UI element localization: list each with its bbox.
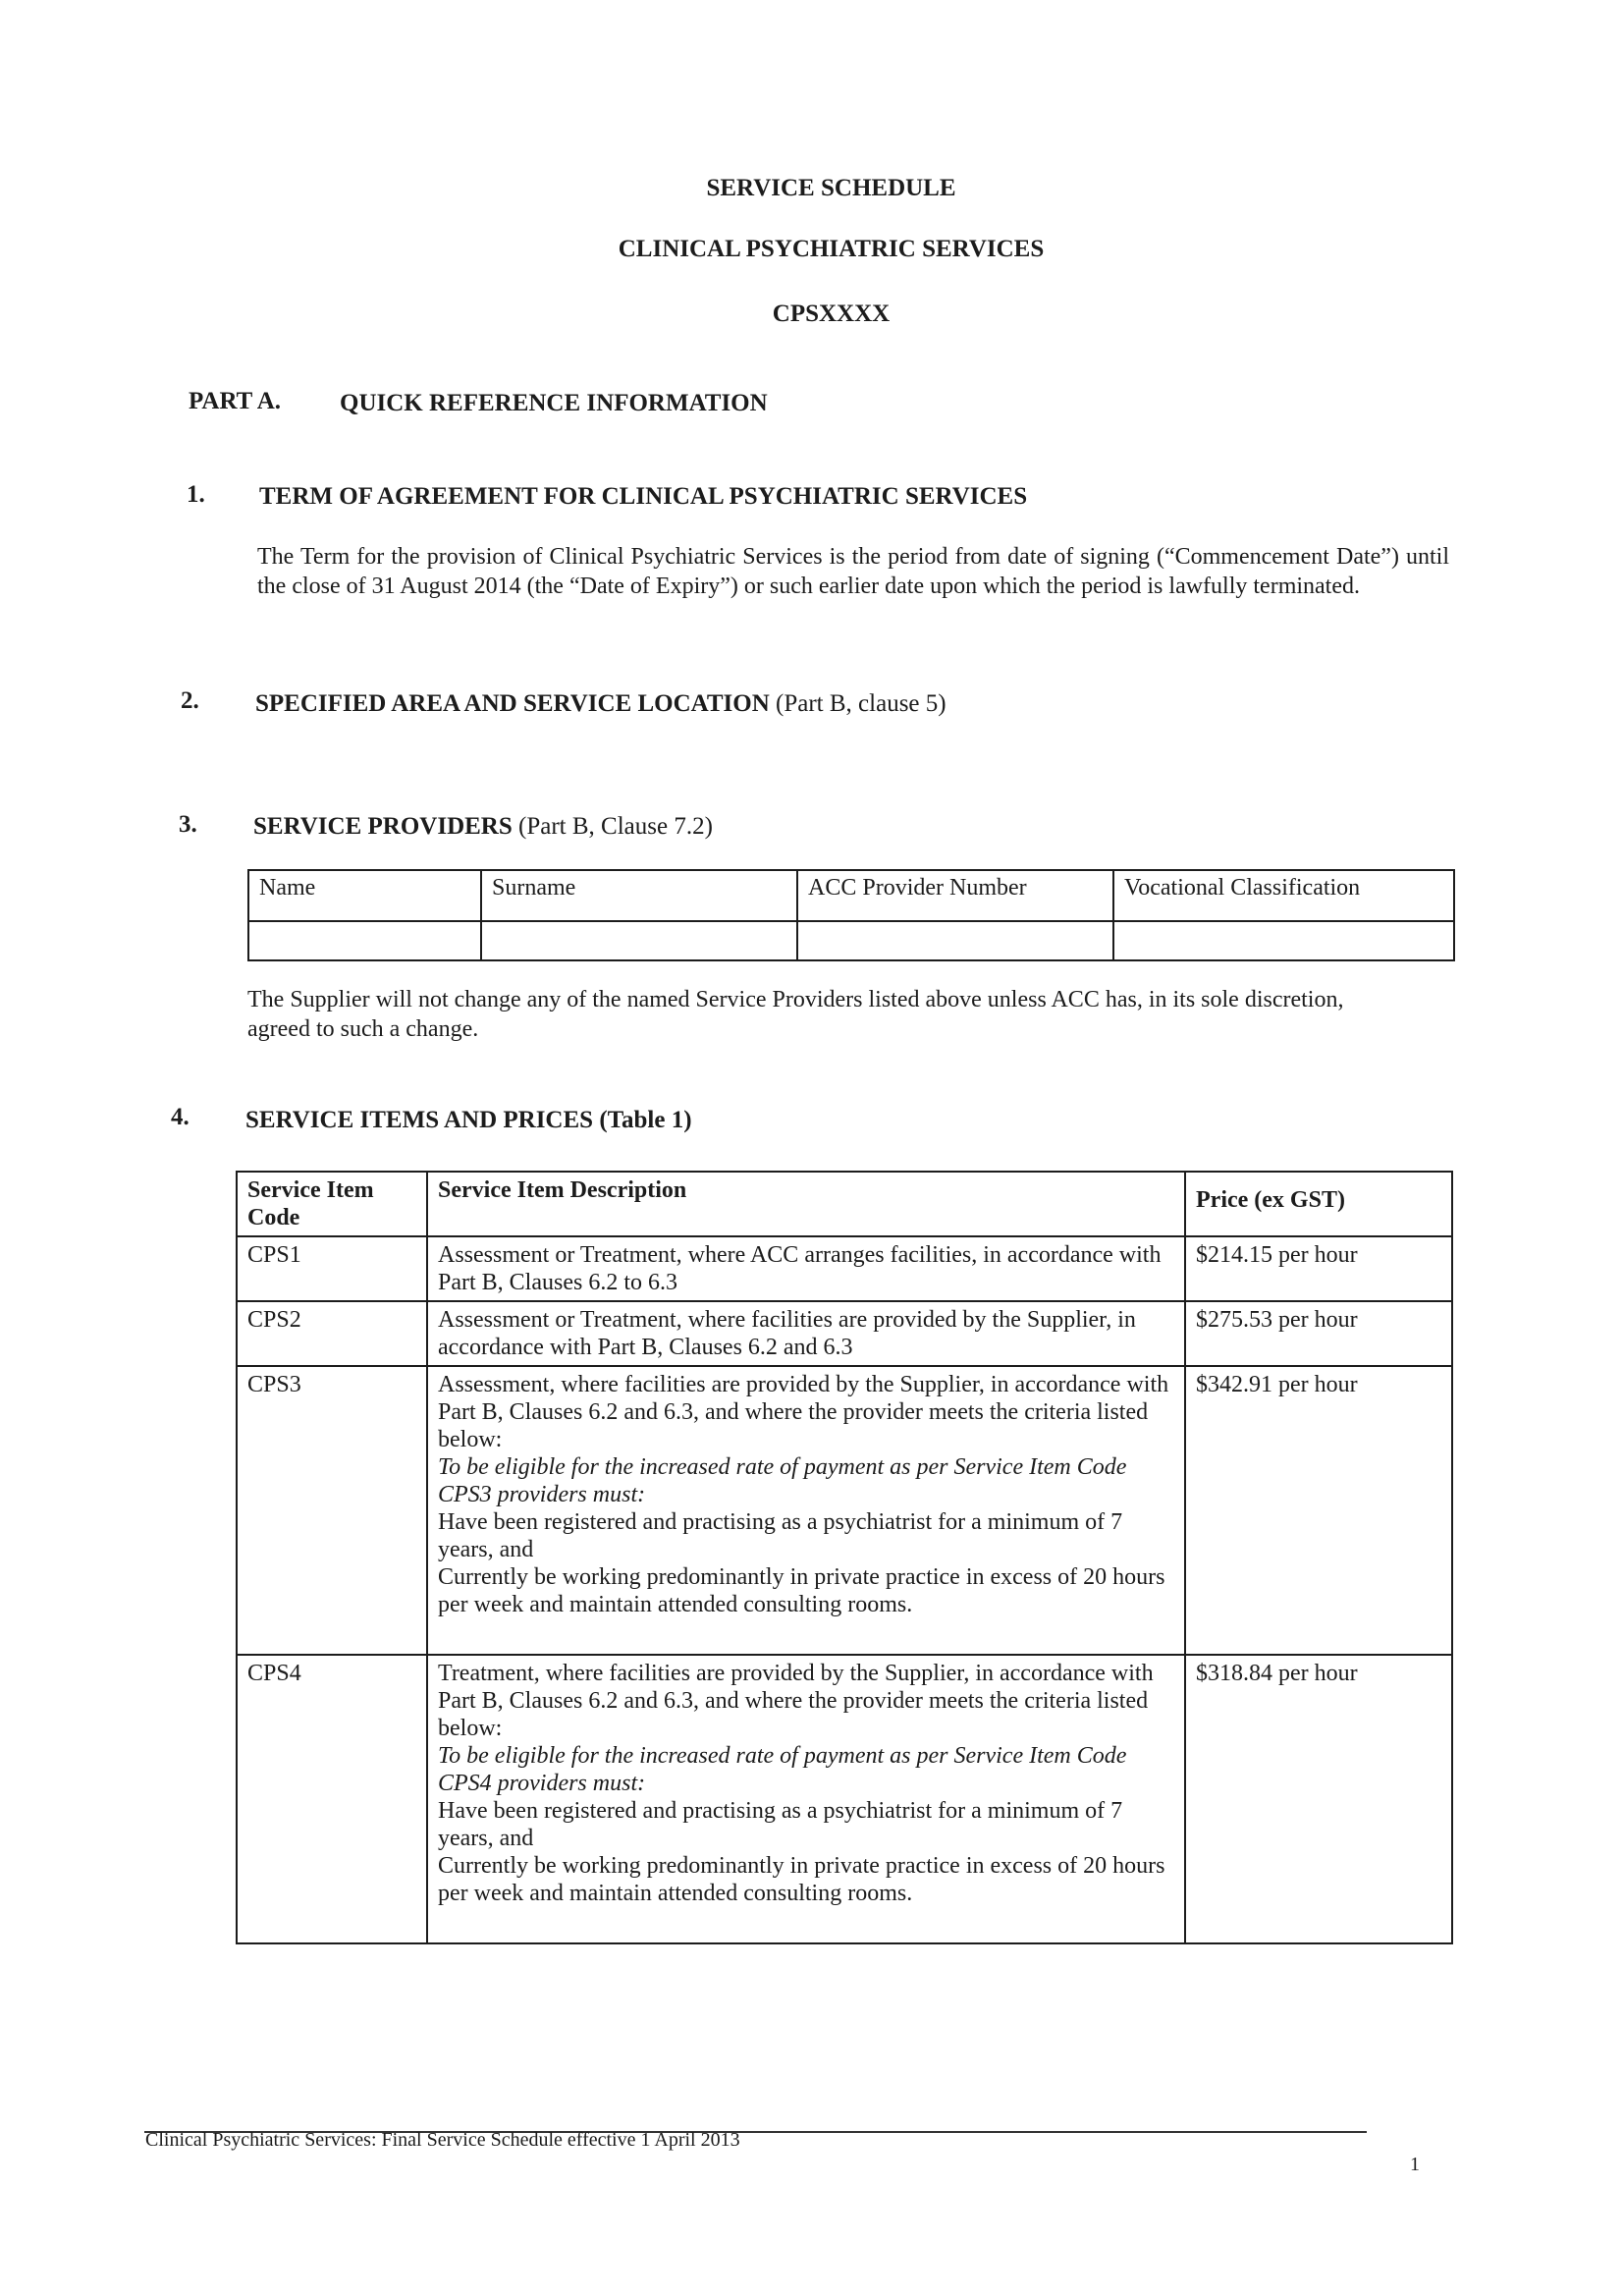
description-line: Assessment or Treatment, where facilitie…: [438, 1306, 1174, 1361]
description-line: Treatment, where facilities are provided…: [438, 1660, 1174, 1742]
document-subtitle: CLINICAL PSYCHIATRIC SERVICES: [0, 236, 1623, 263]
criteria-line: Currently be working predominantly in pr…: [438, 1852, 1174, 1907]
service-price: $318.84 per hour: [1185, 1655, 1452, 1943]
service-price: $275.53 per hour: [1185, 1301, 1452, 1366]
description-line: Assessment, where facilities are provide…: [438, 1371, 1174, 1453]
eligibility-intro: To be eligible for the increased rate of…: [438, 1453, 1174, 1508]
service-code: CPS2: [237, 1301, 427, 1366]
prices-header-price: Price (ex GST): [1185, 1172, 1452, 1236]
part-label: PART A.: [189, 388, 281, 415]
section-3-body: The Supplier will not change any of the …: [247, 985, 1406, 1044]
provider-acc-number-cell[interactable]: [797, 921, 1113, 960]
providers-header-surname: Surname: [481, 870, 797, 921]
providers-header-acc-number: ACC Provider Number: [797, 870, 1113, 921]
service-description: Treatment, where facilities are provided…: [427, 1655, 1185, 1943]
section-3-number: 3.: [179, 811, 197, 839]
section-1-number: 1.: [187, 481, 205, 509]
section-4-number: 4.: [171, 1104, 189, 1131]
service-description: Assessment or Treatment, where ACC arran…: [427, 1236, 1185, 1301]
criteria-line: Have been registered and practising as a…: [438, 1508, 1174, 1563]
section-2-heading: SPECIFIED AREA AND SERVICE LOCATION (Par…: [255, 690, 947, 718]
service-code: CPS3: [237, 1366, 427, 1655]
prices-header-row: Service Item Code Service Item Descripti…: [237, 1172, 1452, 1236]
prices-header-description: Service Item Description: [427, 1172, 1185, 1236]
provider-surname-cell[interactable]: [481, 921, 797, 960]
section-2-title: SPECIFIED AREA AND SERVICE LOCATION: [255, 690, 770, 717]
document-title: SERVICE SCHEDULE: [0, 175, 1623, 202]
provider-vocational-cell[interactable]: [1113, 921, 1454, 960]
document-code: CPSXXXX: [0, 301, 1623, 328]
criteria-line: Have been registered and practising as a…: [438, 1797, 1174, 1852]
section-1-body: The Term for the provision of Clinical P…: [257, 542, 1449, 601]
section-1-title: TERM OF AGREEMENT FOR CLINICAL PSYCHIATR…: [259, 483, 1027, 511]
section-3-ref: (Part B, Clause 7.2): [513, 813, 713, 840]
service-code: CPS4: [237, 1655, 427, 1943]
table-row: [248, 921, 1454, 960]
providers-header-vocational: Vocational Classification: [1113, 870, 1454, 921]
footer-text: Clinical Psychiatric Services: Final Ser…: [145, 2129, 740, 2152]
section-4-title: SERVICE ITEMS AND PRICES (Table 1): [245, 1107, 692, 1134]
service-description: Assessment or Treatment, where facilitie…: [427, 1301, 1185, 1366]
providers-header-name: Name: [248, 870, 481, 921]
section-3-title: SERVICE PROVIDERS: [253, 813, 513, 840]
table-row: CPS3 Assessment, where facilities are pr…: [237, 1366, 1452, 1655]
provider-name-cell[interactable]: [248, 921, 481, 960]
service-description: Assessment, where facilities are provide…: [427, 1366, 1185, 1655]
part-title: QUICK REFERENCE INFORMATION: [340, 390, 768, 417]
providers-header-row: Name Surname ACC Provider Number Vocatio…: [248, 870, 1454, 921]
service-price: $214.15 per hour: [1185, 1236, 1452, 1301]
section-2-ref: (Part B, clause 5): [770, 690, 947, 717]
page-number: 1: [1410, 2154, 1420, 2176]
eligibility-intro: To be eligible for the increased rate of…: [438, 1742, 1174, 1797]
service-items-prices-table: Service Item Code Service Item Descripti…: [236, 1171, 1453, 1944]
criteria-line: Currently be working predominantly in pr…: [438, 1563, 1174, 1618]
description-line: Assessment or Treatment, where ACC arran…: [438, 1241, 1174, 1296]
table-row: CPS1 Assessment or Treatment, where ACC …: [237, 1236, 1452, 1301]
table-row: CPS2 Assessment or Treatment, where faci…: [237, 1301, 1452, 1366]
prices-header-code: Service Item Code: [237, 1172, 427, 1236]
service-price: $342.91 per hour: [1185, 1366, 1452, 1655]
service-providers-table: Name Surname ACC Provider Number Vocatio…: [247, 869, 1455, 961]
section-3-heading: SERVICE PROVIDERS (Part B, Clause 7.2): [253, 813, 713, 841]
section-2-number: 2.: [181, 687, 199, 715]
service-code: CPS1: [237, 1236, 427, 1301]
table-row: CPS4 Treatment, where facilities are pro…: [237, 1655, 1452, 1943]
